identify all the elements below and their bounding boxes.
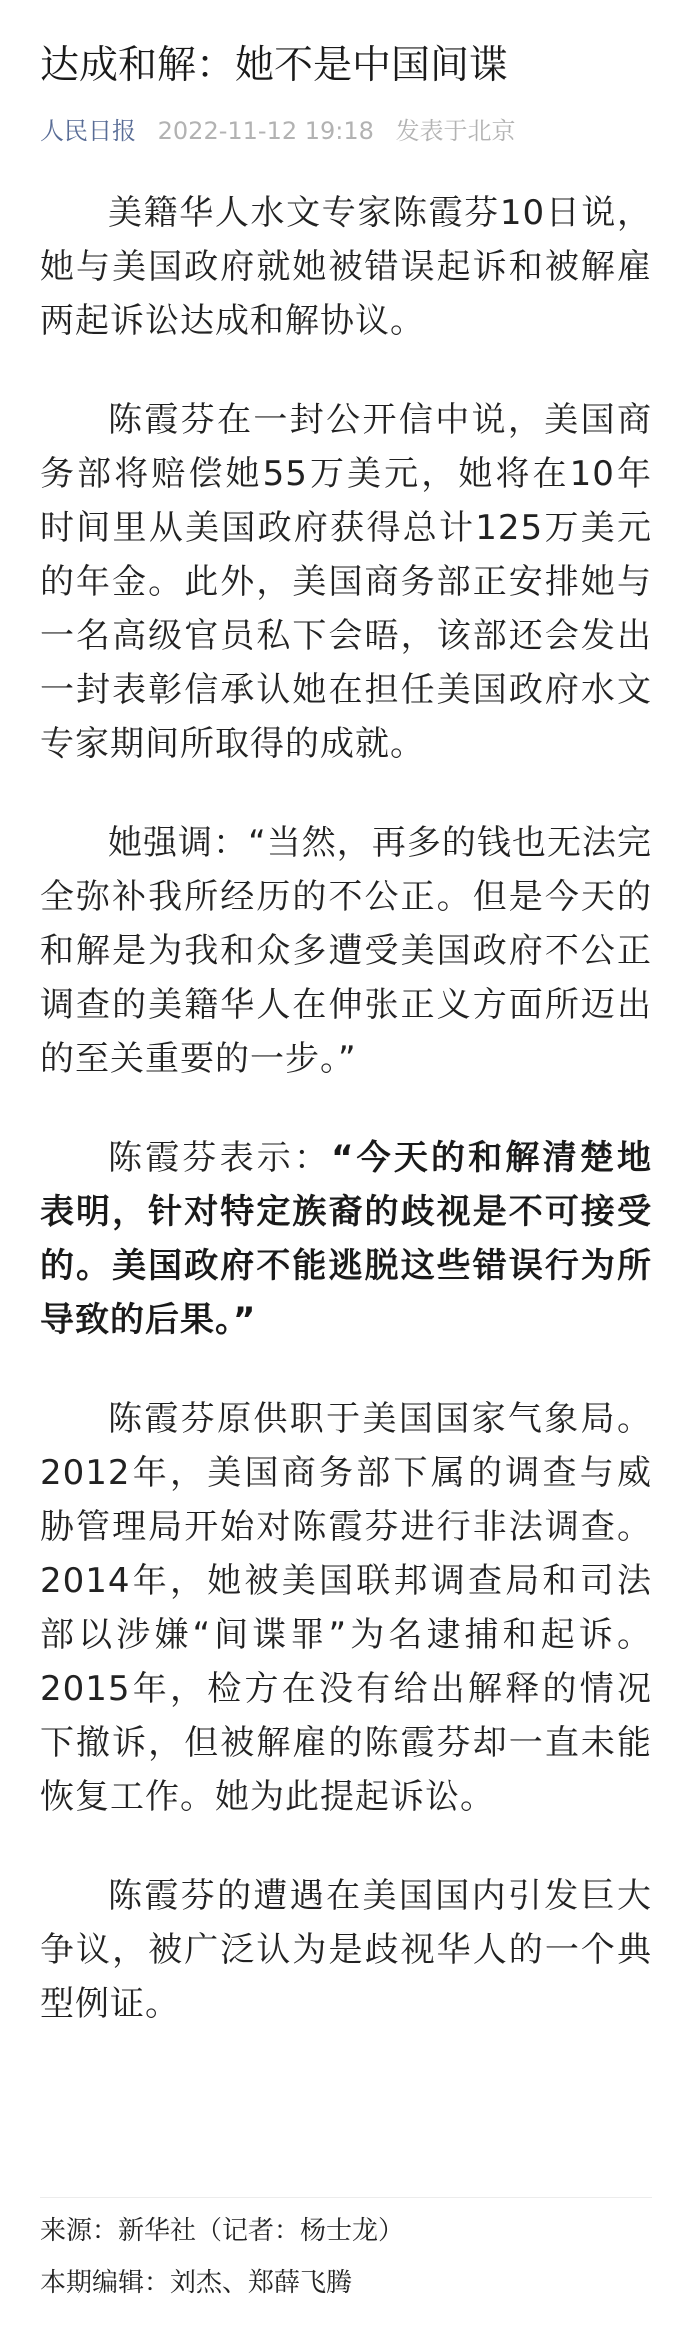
paragraph-3: 她强调：“当然，再多的钱也无法完全弥补我所经历的不公正。但是今天的和解是为我和众… xyxy=(40,816,652,1086)
source-credit: 来源：新华社（记者：杨士龙） xyxy=(40,2205,404,2257)
article: 达成和解：她不是中国间谍 人民日报 2022-11-12 19:18 发表于北京… xyxy=(0,0,691,2031)
publisher-link[interactable]: 人民日报 xyxy=(40,117,136,145)
paragraph-5: 陈霞芬原供职于美国国家气象局。2012年，美国商务部下属的调查与威胁管理局开始对… xyxy=(40,1392,652,1824)
paragraph-6: 陈霞芬的遭遇在美国国内引发巨大争议，被广泛认为是歧视华人的一个典型例证。 xyxy=(40,1869,652,2031)
publish-date: 2022-11-12 19:18 xyxy=(158,117,374,145)
article-footer: 来源：新华社（记者：杨士龙） 本期编辑：刘杰、郑薛飞腾 xyxy=(40,2205,404,2309)
editor-credit: 本期编辑：刘杰、郑薛飞腾 xyxy=(40,2257,404,2309)
paragraph-1: 美籍华人水文专家陈霞芬10日说，她与美国政府就她被错误起诉和被解雇两起诉讼达成和… xyxy=(40,186,652,348)
footer-divider xyxy=(40,2197,652,2198)
publish-location: 发表于北京 xyxy=(396,117,516,145)
article-title: 达成和解：她不是中国间谍 xyxy=(40,0,652,92)
paragraph-4: 陈霞芬表示：“今天的和解清楚地表明，针对特定族裔的歧视是不可接受的。美国政府不能… xyxy=(40,1131,652,1347)
article-meta: 人民日报 2022-11-12 19:18 发表于北京 xyxy=(40,114,652,148)
paragraph-2: 陈霞芬在一封公开信中说，美国商务部将赔偿她55万美元，她将在10年时间里从美国政… xyxy=(40,393,652,771)
article-body: 美籍华人水文专家陈霞芬10日说，她与美国政府就她被错误起诉和被解雇两起诉讼达成和… xyxy=(40,186,652,2031)
quote-lead: 陈霞芬表示： xyxy=(108,1138,331,1178)
